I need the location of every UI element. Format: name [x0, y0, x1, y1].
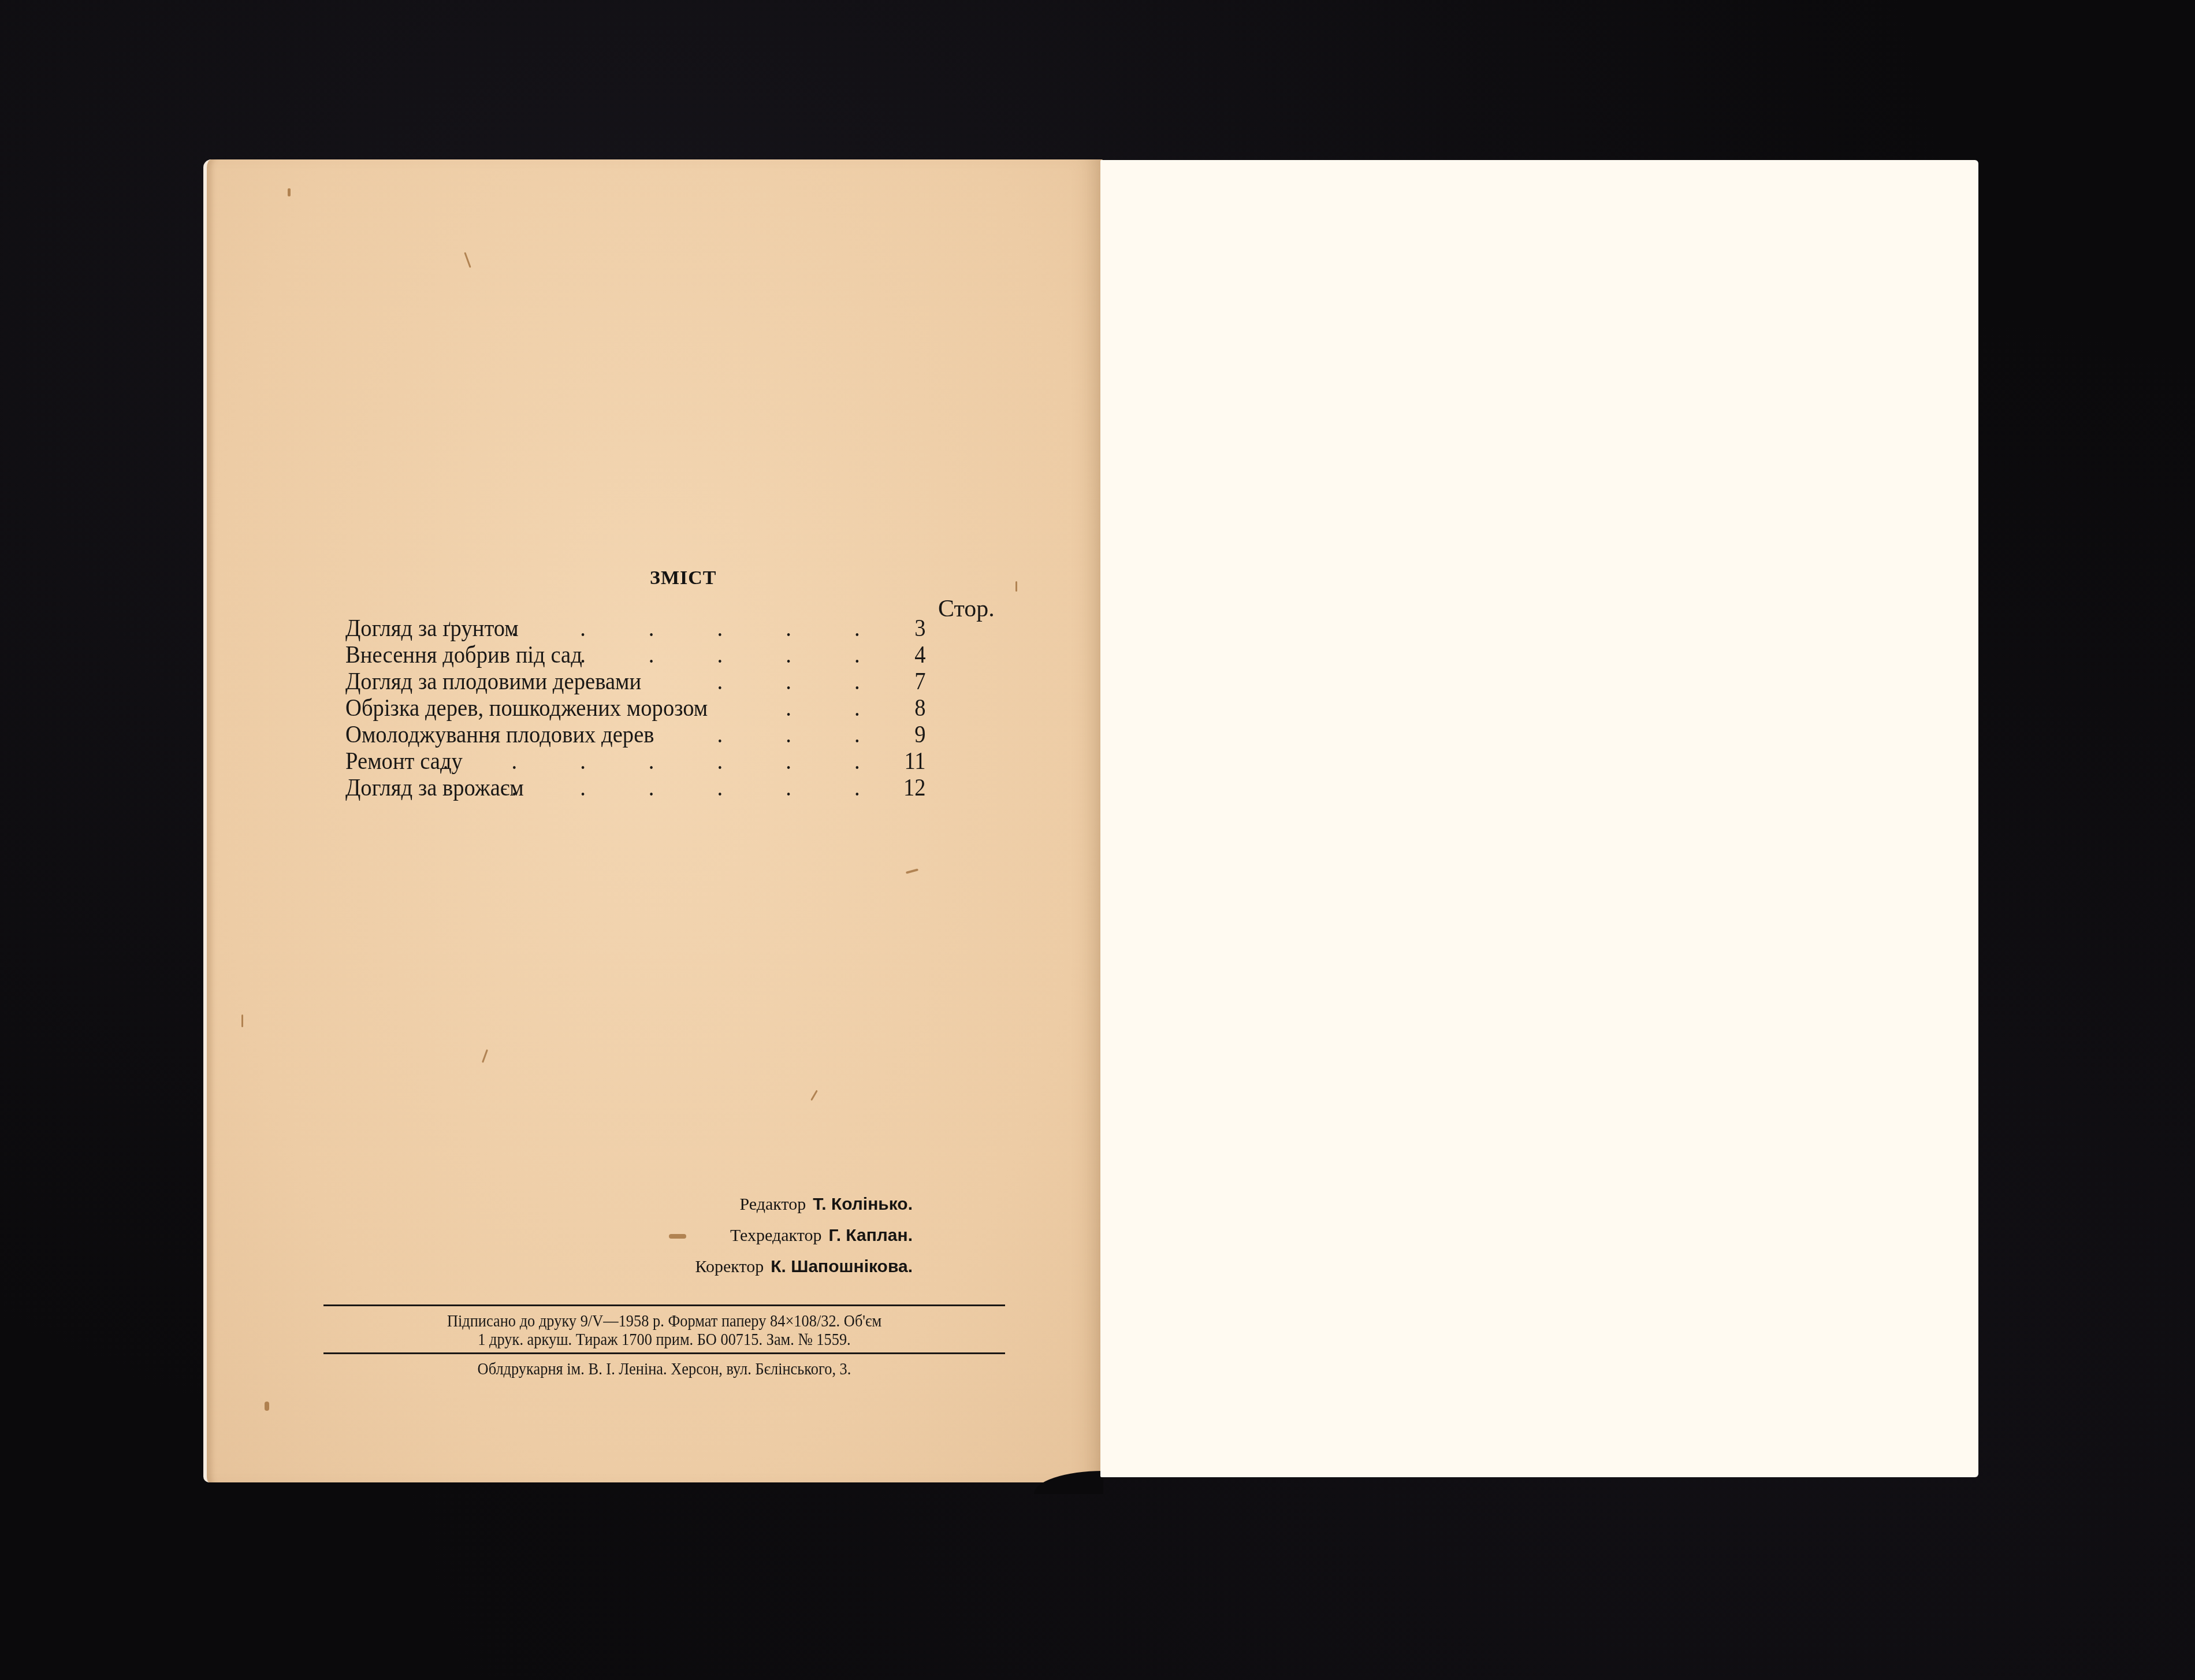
- toc-entry-page: 3: [914, 615, 925, 642]
- paper-fleck: [482, 1049, 488, 1063]
- toc-entry: Догляд за ґрунтом . . . . . . 3: [345, 615, 926, 642]
- editorial-credits: РедакторТ. Колінько. ТехредакторГ. Капла…: [695, 1189, 913, 1283]
- toc-entry: Омолоджування плодових дерев . . . 9: [345, 722, 926, 748]
- credit-role: Коректор: [695, 1257, 764, 1276]
- paper-fleck: [669, 1234, 686, 1239]
- toc-entry-page: 4: [914, 642, 925, 668]
- toc-entry-page: 11: [904, 748, 925, 775]
- toc-title: ЗМІСТ: [650, 567, 717, 589]
- toc-leader-dots: . . . . .: [345, 642, 888, 668]
- table-of-contents: Догляд за ґрунтом . . . . . . 3 Внесення…: [345, 615, 976, 801]
- toc-leader-dots: . .: [345, 695, 888, 722]
- toc-entry: Догляд за врожаєм . . . . . . 12: [345, 775, 926, 801]
- toc-entry-page: 9: [914, 722, 925, 748]
- right-page-blank: [1100, 160, 1978, 1477]
- credit-editor: РедакторТ. Колінько.: [695, 1189, 913, 1220]
- toc-entry-page: 7: [914, 668, 925, 695]
- paper-fleck: [464, 252, 471, 267]
- paper-fleck: [265, 1402, 269, 1411]
- credit-proofreader: КоректорК. Шапошнікова.: [695, 1251, 913, 1283]
- imprint-top-rule: [323, 1304, 1005, 1306]
- credit-name: Г. Каплан.: [828, 1226, 913, 1245]
- toc-leader-dots: . . . . . . .: [345, 748, 888, 775]
- toc-entry: Догляд за плодовими деревами . . . 7: [345, 668, 926, 695]
- left-page: [203, 159, 1103, 1482]
- credit-name: Т. Колінько.: [813, 1195, 913, 1214]
- toc-entry-page: 12: [903, 775, 926, 801]
- toc-entry: Обрізка дерев, пошкоджених морозом . . 8: [345, 695, 926, 722]
- paper-fleck: [906, 868, 918, 874]
- toc-leader-dots: . . .: [345, 722, 888, 748]
- credit-role: Редактор: [740, 1195, 806, 1214]
- toc-entry: Ремонт саду . . . . . . . 11: [345, 748, 926, 775]
- toc-leader-dots: . . . . . .: [345, 615, 888, 642]
- toc-entry: Внесення добрив під сад . . . . . 4: [345, 642, 926, 668]
- printing-imprint: Підписано до друку 9/V—1958 р. Формат па…: [323, 1304, 1005, 1378]
- paper-fleck: [810, 1090, 818, 1101]
- credit-role: Техредактор: [730, 1226, 822, 1245]
- paper-fleck: [1015, 581, 1017, 592]
- imprint-line-signed: Підписано до друку 9/V—1958 р. Формат па…: [364, 1312, 964, 1330]
- paper-fleck: [288, 188, 291, 196]
- paper-fleck: [241, 1014, 243, 1027]
- toc-leader-dots: . . .: [345, 668, 888, 695]
- imprint-bottom-rule: [323, 1352, 1005, 1354]
- toc-leader-dots: . . . . . .: [345, 775, 888, 801]
- credit-technical-editor: ТехредакторГ. Каплан.: [695, 1220, 913, 1251]
- imprint-line-printer: Облдрукарня ім. В. І. Леніна. Херсон, ву…: [364, 1360, 964, 1378]
- imprint-line-print-run: 1 друк. аркуш. Тираж 1700 прим. БО 00715…: [364, 1330, 964, 1349]
- toc-entry-page: 8: [914, 695, 925, 722]
- credit-name: К. Шапошнікова.: [771, 1257, 913, 1276]
